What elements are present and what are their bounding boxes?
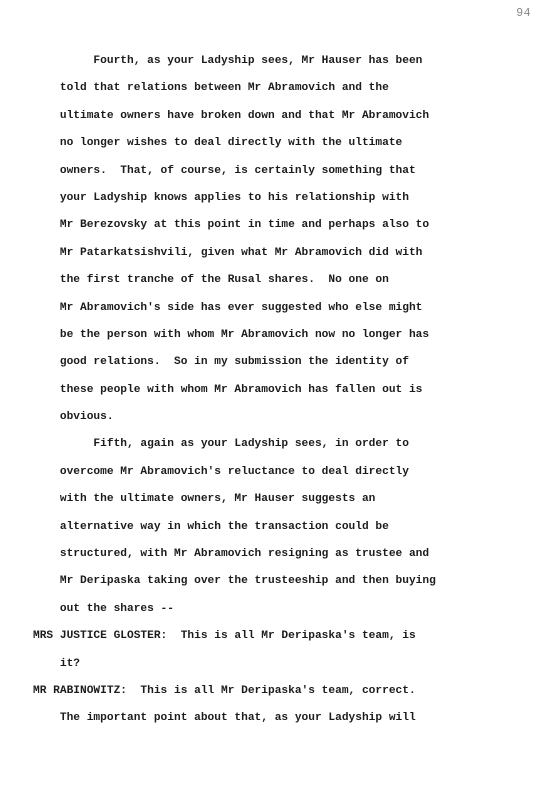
transcript-line: it? <box>33 651 552 678</box>
transcript-line: Fifth, again as your Ladyship sees, in o… <box>33 431 552 458</box>
transcript-line: structured, with Mr Abramovich resigning… <box>33 541 552 568</box>
transcript-body: Fourth, as your Ladyship sees, Mr Hauser… <box>33 48 552 733</box>
transcript-line: the first tranche of the Rusal shares. N… <box>33 267 552 294</box>
transcript-line: Mr Deripaska taking over the trusteeship… <box>33 568 552 595</box>
transcript-line: Mr Abramovich's side has ever suggested … <box>33 295 552 322</box>
transcript-line: owners. That, of course, is certainly so… <box>33 158 552 185</box>
transcript-line: out the shares -- <box>33 596 552 623</box>
transcript-line: these people with whom Mr Abramovich has… <box>33 377 552 404</box>
transcript-line: be the person with whom Mr Abramovich no… <box>33 322 552 349</box>
transcript-line: your Ladyship knows applies to his relat… <box>33 185 552 212</box>
transcript-line: with the ultimate owners, Mr Hauser sugg… <box>33 486 552 513</box>
transcript-line: Fourth, as your Ladyship sees, Mr Hauser… <box>33 48 552 75</box>
transcript-line: The important point about that, as your … <box>33 705 552 732</box>
page-number: 94 <box>516 7 531 20</box>
transcript-line: told that relations between Mr Abramovic… <box>33 75 552 102</box>
transcript-line: MR RABINOWITZ: This is all Mr Deripaska'… <box>33 678 552 705</box>
transcript-line: Mr Berezovsky at this point in time and … <box>33 212 552 239</box>
transcript-line: overcome Mr Abramovich's reluctance to d… <box>33 459 552 486</box>
transcript-line: ultimate owners have broken down and tha… <box>33 103 552 130</box>
transcript-line: no longer wishes to deal directly with t… <box>33 130 552 157</box>
transcript-line: alternative way in which the transaction… <box>33 514 552 541</box>
transcript-page: 94 Fourth, as your Ladyship sees, Mr Hau… <box>0 0 558 789</box>
transcript-line: obvious. <box>33 404 552 431</box>
transcript-line: good relations. So in my submission the … <box>33 349 552 376</box>
transcript-line: Mr Patarkatsishvili, given what Mr Abram… <box>33 240 552 267</box>
transcript-line: MRS JUSTICE GLOSTER: This is all Mr Deri… <box>33 623 552 650</box>
